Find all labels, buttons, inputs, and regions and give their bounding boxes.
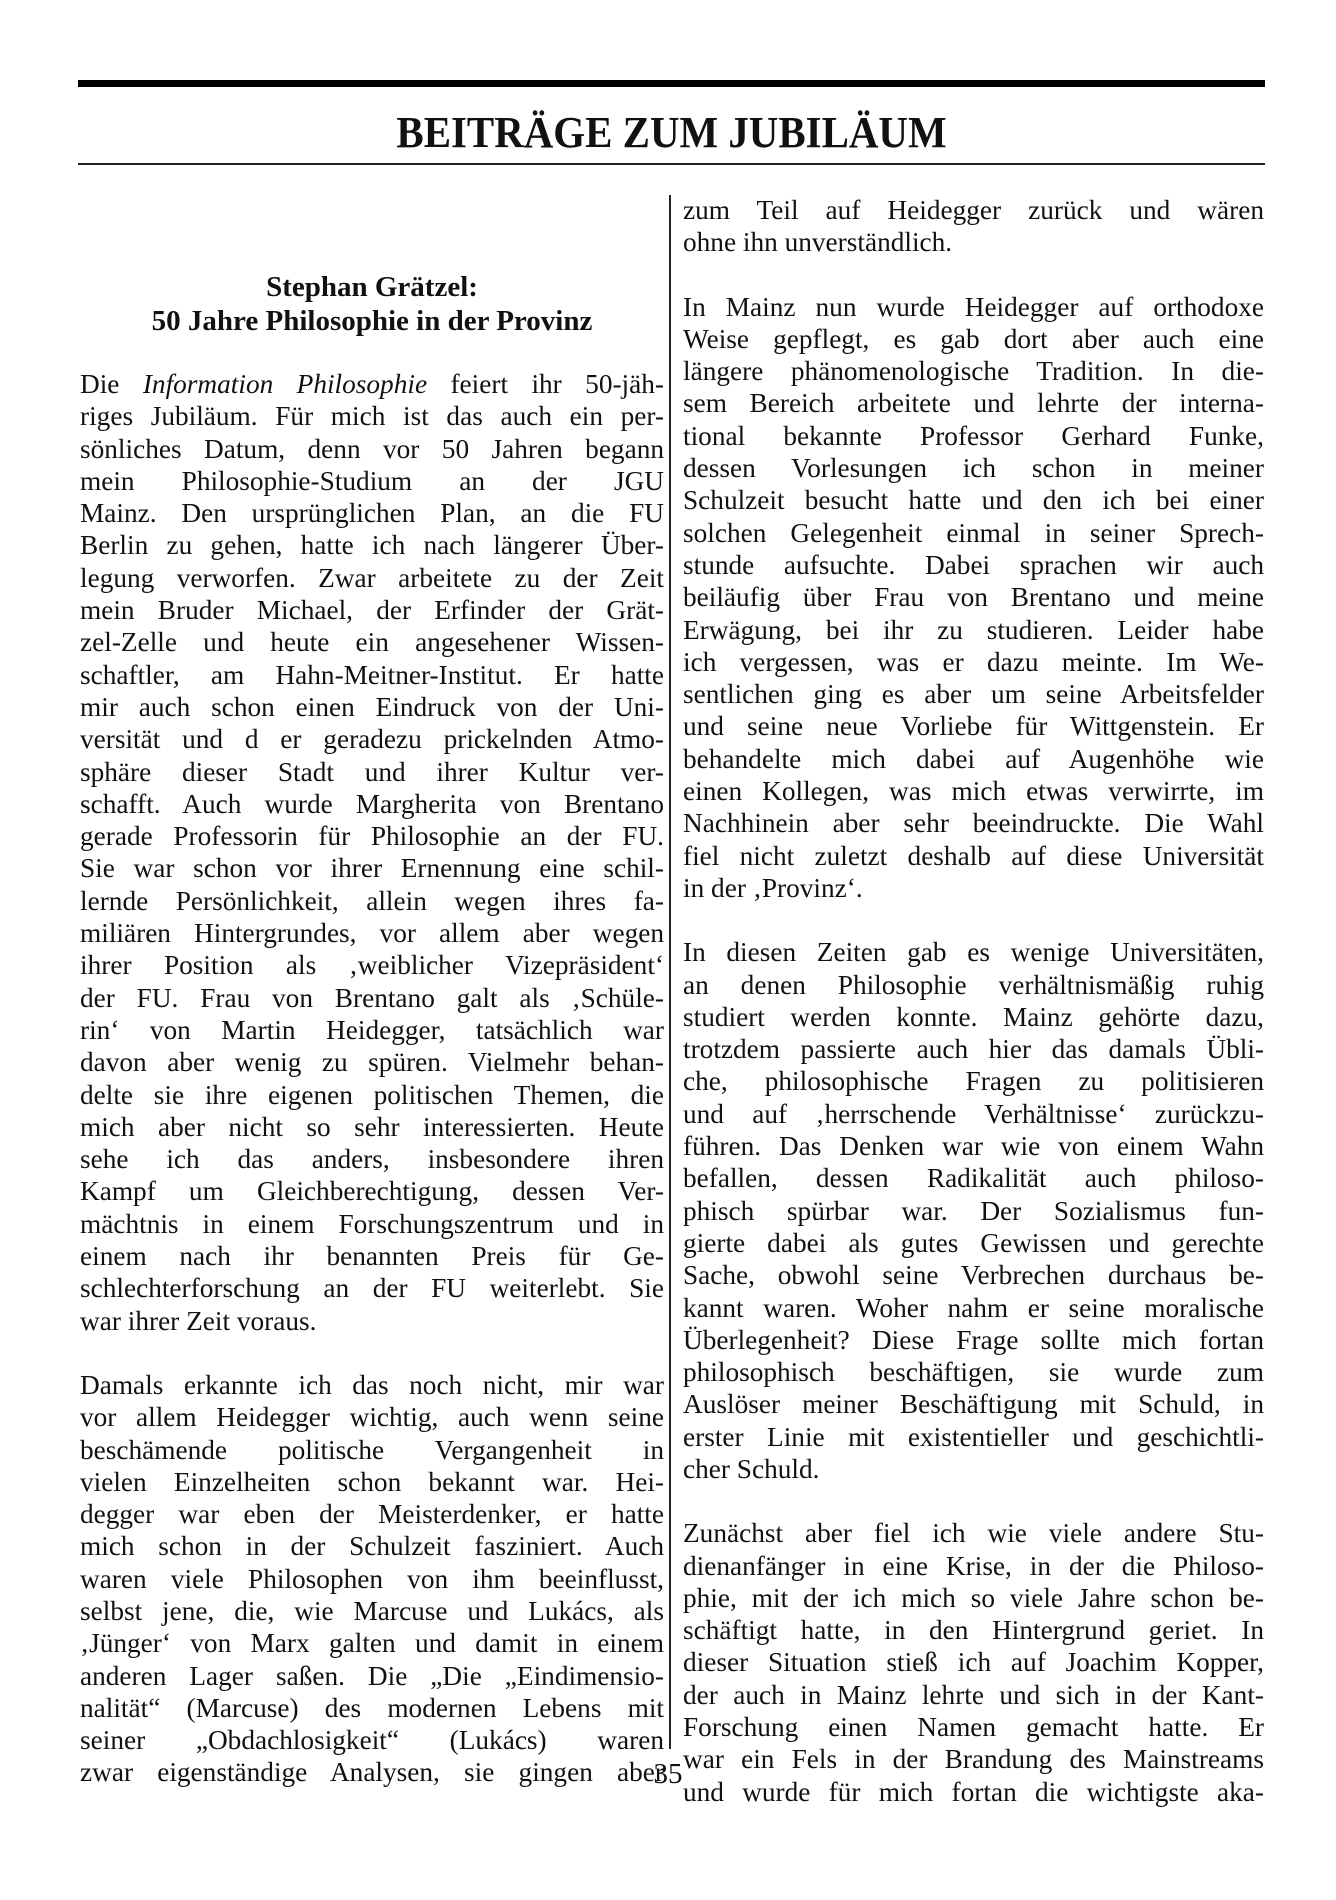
text-line: selbst jene, die, wie Marcuse und Lukács… (80, 1595, 664, 1627)
text-line: Nachhinein aber sehr beeindruckte. Die W… (683, 807, 1264, 839)
text-line: solchen Gelegenheit einmal in seiner Spr… (683, 517, 1264, 549)
text-line: ihrer Position als ‚weiblicher Vizepräsi… (80, 949, 664, 981)
text-line: einen Kollegen, was mich etwas verwirrte… (683, 775, 1264, 807)
text-line: sphäre dieser Stadt und ihrer Kultur ver… (80, 756, 664, 788)
title-underline-rule (78, 163, 1265, 165)
page-number: 35 (0, 1757, 1336, 1791)
text-line: In diesen Zeiten gab es wenige Universit… (683, 936, 1264, 968)
text-line: tional bekannte Professor Gerhard Funke, (683, 420, 1264, 452)
text-line: miliären Hintergrundes, vor allem aber w… (80, 917, 664, 949)
text-line: zum Teil auf Heidegger zurück und wären (683, 194, 1264, 226)
text-line: degger war eben der Meisterdenker, er ha… (80, 1498, 664, 1530)
text-run: feiert ihr 50-jäh- (427, 369, 664, 399)
text-line: Die Information Philosophie feiert ihr 5… (80, 368, 664, 400)
text-line: Erwägung, bei ihr zu studieren. Leider h… (683, 614, 1264, 646)
text-line: sentlichen ging es aber um seine Arbeits… (683, 678, 1264, 710)
text-line: mein Bruder Michael, der Erfinder der Gr… (80, 594, 664, 626)
text-line: mir auch schon einen Eindruck von der Un… (80, 691, 664, 723)
text-line: rin‘ von Martin Heidegger, tatsächlich w… (80, 1014, 664, 1046)
text-line: an denen Philosophie verhältnismäßig ruh… (683, 969, 1264, 1001)
left-column: Stephan Grätzel: 50 Jahre Philosophie in… (80, 270, 664, 1821)
article-title: 50 Jahre Philosophie in der Provinz (80, 304, 664, 338)
text-line: Sie war schon vor ihrer Ernennung eine s… (80, 852, 664, 884)
section-title: BEITRÄGE ZUM JUBILÄUM (120, 108, 1224, 158)
text-line: mich aber nicht so sehr interessierten. … (80, 1111, 664, 1143)
text-line: Schulzeit besucht hatte und den ich bei … (683, 484, 1264, 516)
text-line: fiel nicht zuletzt deshalb auf diese Uni… (683, 840, 1264, 872)
text-line: einem nach ihr benannten Preis für Ge- (80, 1240, 664, 1272)
text-line: dienanfänger in eine Krise, in der die P… (683, 1550, 1264, 1582)
text-line: schlechterforschung an der FU weiterlebt… (80, 1272, 664, 1304)
text-line: Auslöser meiner Beschäftigung mit Schuld… (683, 1388, 1264, 1420)
text-line: kannt waren. Woher nahm er seine moralis… (683, 1292, 1264, 1324)
text-run: Die (80, 369, 143, 399)
text-line: und seine neue Vorliebe für Wittgenstein… (683, 710, 1264, 742)
text-line: Zunächst aber fiel ich wie viele andere … (683, 1517, 1264, 1549)
text-line: Damals erkannte ich das noch nicht, mir … (80, 1369, 664, 1401)
paragraph-right-2: In Mainz nun wurde Heidegger auf orthodo… (683, 291, 1264, 905)
text-line: stunde aufsuchte. Dabei sprachen wir auc… (683, 549, 1264, 581)
text-line: nalität“ (Marcuse) des modernen Lebens m… (80, 1692, 664, 1724)
text-line: studiert werden konnte. Mainz gehörte da… (683, 1001, 1264, 1033)
text-line: ohne ihn unverständlich. (683, 226, 1264, 258)
text-line: führen. Das Denken war wie von einem Wah… (683, 1130, 1264, 1162)
text-line: sem Bereich arbeitete und lehrte der int… (683, 387, 1264, 419)
text-line: dessen Vorlesungen ich schon in meiner (683, 452, 1264, 484)
column-divider (669, 195, 671, 1749)
article-author: Stephan Grätzel: (80, 270, 664, 304)
text-line: Überlegenheit? Diese Frage sollte mich f… (683, 1324, 1264, 1356)
text-line: und auf ‚herrschende Verhältnisse‘ zurüc… (683, 1098, 1264, 1130)
text-line: mein Philosophie-Studium an der JGU (80, 465, 664, 497)
text-line: Weise gepflegt, es gab dort aber auch ei… (683, 323, 1264, 355)
text-line: beschämende politische Vergangenheit in (80, 1434, 664, 1466)
paragraph-left-2: Damals erkannte ich das noch nicht, mir … (80, 1369, 664, 1789)
text-line: Forschung einen Namen gemacht hatte. Er (683, 1711, 1264, 1743)
text-line: zel-Zelle und heute ein angesehener Wiss… (80, 626, 664, 658)
text-line: philosophisch beschäftigen, sie wurde zu… (683, 1356, 1264, 1388)
text-line: in der ‚Provinz‘. (683, 872, 1264, 904)
text-line: der FU. Frau von Brentano galt als ‚Schü… (80, 982, 664, 1014)
text-line: schäftigt hatte, in den Hintergrund geri… (683, 1614, 1264, 1646)
text-line: trotzdem passierte auch hier das damals … (683, 1033, 1264, 1065)
text-line: delte sie ihre eigenen politischen Theme… (80, 1079, 664, 1111)
text-line: dieser Situation stieß ich auf Joachim K… (683, 1646, 1264, 1678)
text-line: längere phänomenologische Tradition. In … (683, 355, 1264, 387)
text-line: Berlin zu gehen, hatte ich nach längerer… (80, 529, 664, 561)
text-line: lernde Persönlichkeit, allein wegen ihre… (80, 885, 664, 917)
text-line: war ihrer Zeit voraus. (80, 1305, 664, 1337)
text-line: riges Jubiläum. Für mich ist das auch ei… (80, 400, 664, 432)
text-line: mich schon in der Schulzeit fasziniert. … (80, 1530, 664, 1562)
text-line: In Mainz nun wurde Heidegger auf orthodo… (683, 291, 1264, 323)
text-line: sönliches Datum, denn vor 50 Jahren bega… (80, 433, 664, 465)
text-line: seiner „Obdachlosigkeit“ (Lukács) waren (80, 1724, 664, 1756)
text-line: ‚Jünger‘ von Marx galten und damit in ei… (80, 1627, 664, 1659)
text-line: schaftler, am Hahn-Meitner-Institut. Er … (80, 659, 664, 691)
article-heading: Stephan Grätzel: 50 Jahre Philosophie in… (80, 270, 664, 338)
journal-name-italic: Information Philosophie (143, 369, 427, 399)
text-line: davon aber wenig zu spüren. Vielmehr beh… (80, 1046, 664, 1078)
text-line: mächtnis in einem Forschungszentrum und … (80, 1208, 664, 1240)
text-line: cher Schuld. (683, 1453, 1264, 1485)
text-line: schafft. Auch wurde Margherita von Brent… (80, 788, 664, 820)
text-line: gerade Professorin für Philosophie an de… (80, 820, 664, 852)
paragraph-right-1: zum Teil auf Heidegger zurück und wäreno… (683, 194, 1264, 259)
text-line: phie, mit der ich mich so viele Jahre sc… (683, 1582, 1264, 1614)
text-line: behandelte mich dabei auf Augenhöhe wie (683, 743, 1264, 775)
text-line: anderen Lager saßen. Die „Die „Eindimens… (80, 1660, 664, 1692)
text-line: versität und d er geradezu prickelnden A… (80, 723, 664, 755)
text-line: der auch in Mainz lehrte und sich in der… (683, 1679, 1264, 1711)
text-line: beiläufig über Frau von Brentano und mei… (683, 581, 1264, 613)
text-line: sehe ich das anders, insbesondere ihren (80, 1143, 664, 1175)
text-line: waren viele Philosophen von ihm beeinflu… (80, 1563, 664, 1595)
text-line: Sache, obwohl seine Verbrechen durchaus … (683, 1259, 1264, 1291)
top-thick-rule (78, 80, 1265, 87)
text-line: befallen, dessen Radikalität auch philos… (683, 1162, 1264, 1194)
paragraph-left-1: Die Information Philosophie feiert ihr 5… (80, 368, 664, 1337)
text-line: gierte dabei als gutes Gewissen und gere… (683, 1227, 1264, 1259)
text-line: ich vergessen, was er dazu meinte. Im We… (683, 646, 1264, 678)
text-line: Mainz. Den ursprünglichen Plan, an die F… (80, 497, 664, 529)
text-line: che, philosophische Fragen zu politisier… (683, 1065, 1264, 1097)
text-line: Kampf um Gleichberechtigung, dessen Ver- (80, 1175, 664, 1207)
right-column: zum Teil auf Heidegger zurück und wäreno… (683, 194, 1264, 1840)
text-line: phisch spürbar war. Der Sozialismus fun- (683, 1195, 1264, 1227)
text-line: erster Linie mit existentieller und gesc… (683, 1421, 1264, 1453)
text-line: vor allem Heidegger wichtig, auch wenn s… (80, 1401, 664, 1433)
text-line: legung verworfen. Zwar arbeitete zu der … (80, 562, 664, 594)
paragraph-right-3: In diesen Zeiten gab es wenige Universit… (683, 936, 1264, 1485)
text-line: vielen Einzelheiten schon bekannt war. H… (80, 1466, 664, 1498)
